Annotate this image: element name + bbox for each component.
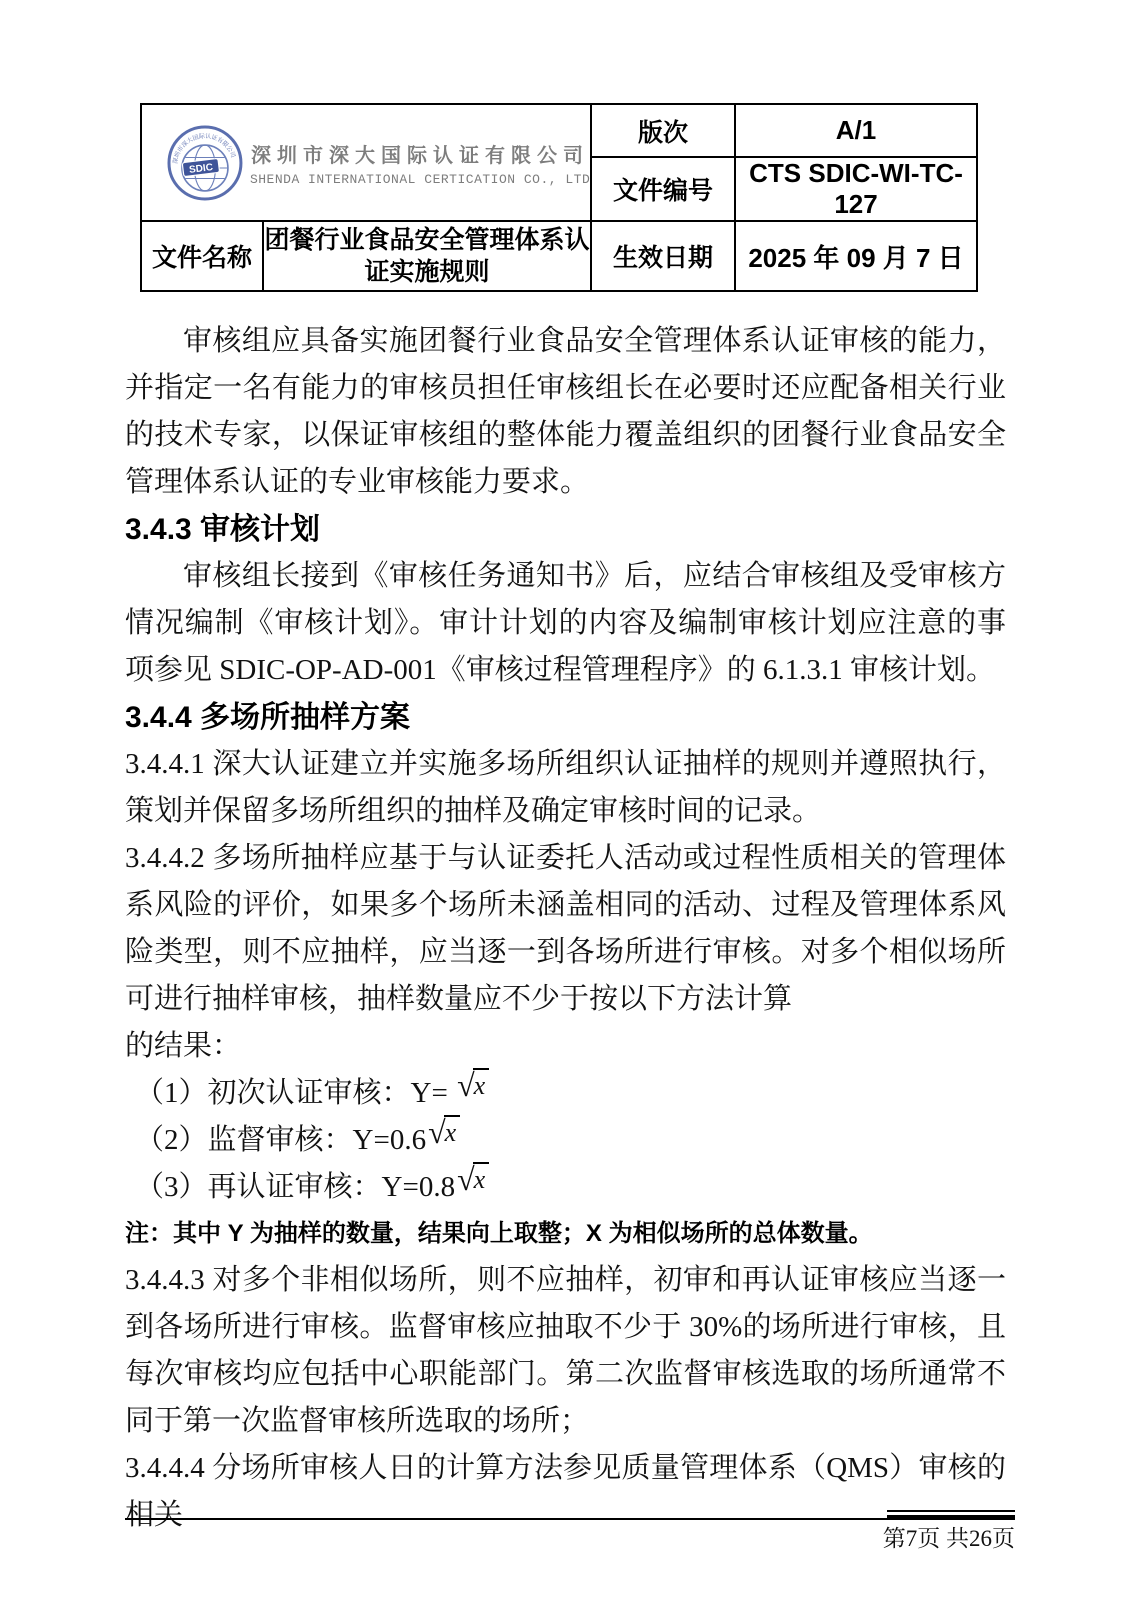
paragraph-3-4-3: 审核组长接到《审核任务通知书》后，应结合审核组及受审核方情况编制《审核计划》。审… — [125, 553, 1006, 694]
formula-label: （3）再认证审核： — [135, 1171, 382, 1203]
page-number: 第7页 共26页 — [125, 1524, 1015, 1554]
formula-lhs: Y=0.6 — [353, 1124, 427, 1156]
sqrt-expression: √x — [457, 1068, 489, 1103]
sqrt-expression: √x — [428, 1115, 460, 1150]
doc-number-label: 文件编号 — [591, 157, 735, 221]
sqrt-sign: √ — [428, 1116, 446, 1148]
paragraph-3-4-4-3: 3.4.4.3 对多个非相似场所，则不应抽样，初审和再认证审核应当逐一到各场所进… — [125, 1257, 1006, 1445]
version-value: A/1 — [735, 104, 977, 157]
company-logo: 深圳市深大国际认证有限公司 SDIC 深圳市深大国际认证有限公司 — [142, 124, 590, 202]
note-line: 注：其中 Y 为抽样的数量，结果向上取整；X 为相似场所的总体数量。 — [125, 1211, 1006, 1257]
doc-name-label: 文件名称 — [141, 221, 263, 291]
section-heading-3-4-3: 3.4.3 审核计划 — [125, 506, 1006, 553]
paragraph-3-4-4-1: 3.4.4.1 深大认证建立并实施多场所组织认证抽样的规则并遵照执行，策划并保留… — [125, 741, 1006, 835]
formula-recertification-audit: （3）再认证审核：Y=0.8√x — [125, 1164, 1006, 1211]
effective-date-value: 2025 年 09 月 7 日 — [735, 221, 977, 291]
doc-name-value: 团餐行业食品安全管理体系认证实施规则 — [263, 221, 591, 291]
sqrt-expression: √x — [457, 1162, 489, 1197]
paragraph-intro: 审核组应具备实施团餐行业食品安全管理体系认证审核的能力，并指定一名有能力的审核员… — [125, 318, 1006, 506]
formula-label: （2）监督审核： — [135, 1124, 353, 1156]
document-body: 审核组应具备实施团餐行业食品安全管理体系认证审核的能力，并指定一名有能力的审核员… — [125, 318, 1006, 1539]
section-heading-3-4-4: 3.4.4 多场所抽样方案 — [125, 694, 1006, 741]
sqrt-radicand: x — [444, 1115, 461, 1150]
doc-number-value: CTS SDIC-WI-TC-127 — [735, 157, 977, 221]
company-name-cn: 深圳市深大国际认证有限公司 — [250, 139, 590, 168]
result-intro-line: 的结果： — [125, 1023, 1006, 1070]
company-name-en: SHENDA INTERNATIONAL CERTICATION CO., LT… — [250, 172, 590, 187]
version-label: 版次 — [591, 104, 735, 157]
paragraph-3-4-4-2: 3.4.4.2 多场所抽样应基于与认证委托人活动或过程性质相关的管理体系风险的评… — [125, 835, 1006, 1023]
sqrt-sign: √ — [457, 1163, 475, 1195]
header-table: 深圳市深大国际认证有限公司 SDIC 深圳市深大国际认证有限公司 — [140, 103, 978, 292]
sdic-globe-logo-icon: 深圳市深大国际认证有限公司 SDIC — [166, 124, 244, 202]
formula-surveillance-audit: （2）监督审核：Y=0.6√x — [125, 1117, 1006, 1164]
document-page: 深圳市深大国际认证有限公司 SDIC 深圳市深大国际认证有限公司 — [0, 0, 1131, 1600]
formula-lhs: Y=0.8 — [382, 1171, 456, 1203]
formula-label: （1）初次认证审核： — [135, 1077, 411, 1109]
footer-rule — [125, 1508, 1015, 1520]
formula-lhs: Y= — [411, 1077, 456, 1109]
effective-date-label: 生效日期 — [591, 221, 735, 291]
sqrt-radicand: x — [473, 1162, 490, 1197]
company-name-block: 深圳市深大国际认证有限公司 SHENDA INTERNATIONAL CERTI… — [250, 139, 590, 187]
logo-cell: 深圳市深大国际认证有限公司 SDIC 深圳市深大国际认证有限公司 — [141, 104, 591, 221]
footer-rule-right-segment — [887, 1510, 1015, 1518]
formula-initial-audit: （1）初次认证审核：Y= √x — [125, 1070, 1006, 1117]
sqrt-radicand: x — [473, 1068, 490, 1103]
sqrt-sign: √ — [457, 1069, 475, 1101]
page-footer: 第7页 共26页 — [125, 1508, 1015, 1554]
